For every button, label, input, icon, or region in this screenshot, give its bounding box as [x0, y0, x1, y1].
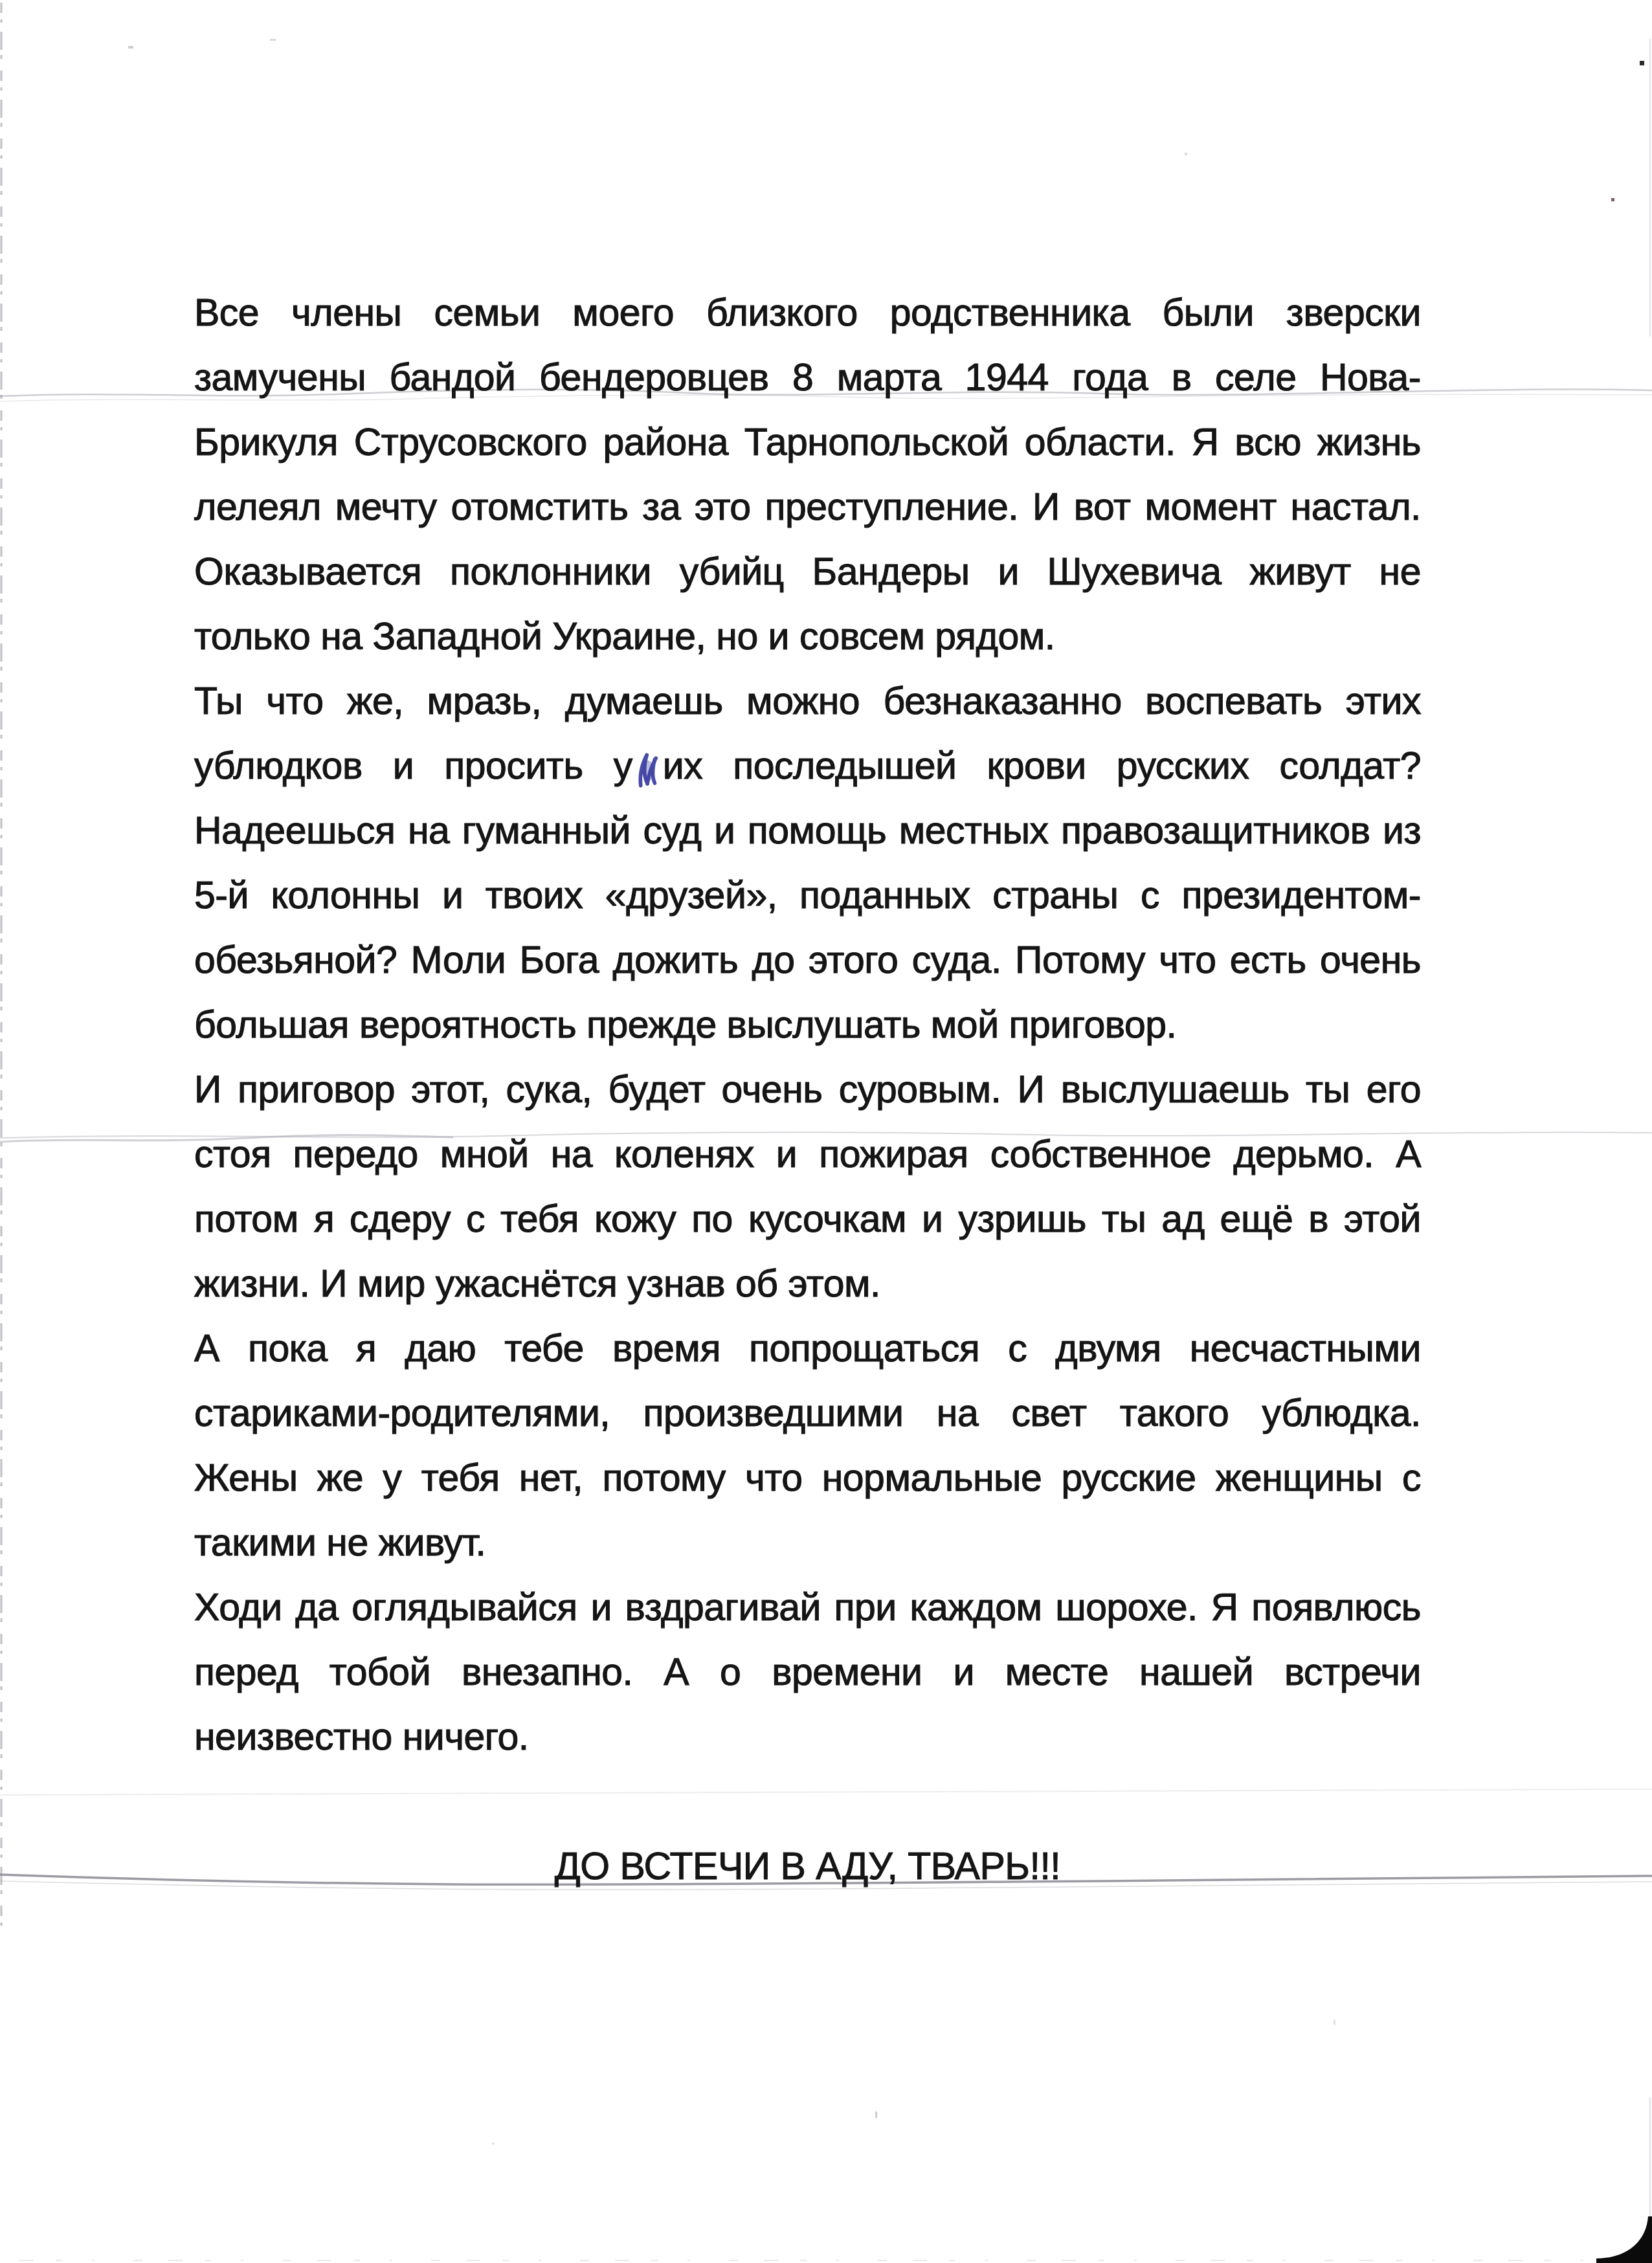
text-line: Оказывается поклонники убийц Бандеры и Ш…: [194, 539, 1421, 604]
text-line: большая вероятность прежде выслушать мой…: [194, 992, 1421, 1057]
text-line: стоя передо мной на коленях и пожирая со…: [194, 1122, 1421, 1187]
text-line: Надеешься на гуманный суд и помощь местн…: [194, 798, 1421, 863]
text-line: Ты что же, мразь, думаешь можно безнаказ…: [194, 669, 1421, 733]
corner-scan-mark: [1596, 2216, 1652, 2263]
blue-ink-annotation: [635, 749, 662, 792]
text-line: А пока я даю тебе время попрощаться с дв…: [194, 1316, 1421, 1381]
text-line: стариками-родителями, произведшими на св…: [194, 1381, 1421, 1445]
letter-body: Все члены семьи моего близкого родственн…: [194, 280, 1421, 1769]
text-line: перед тобой внезапно. А о времени и мест…: [194, 1640, 1421, 1704]
text-line: Жены же у тебя нет, потому что нормальны…: [194, 1445, 1421, 1510]
text-line: только на Западной Украине, но и совсем …: [194, 604, 1421, 669]
text-line: Все члены семьи моего близкого родственн…: [194, 280, 1421, 345]
text-line: такими не живут.: [194, 1510, 1421, 1575]
text-line: потом я сдеру с тебя кожу по кусочкам и …: [194, 1187, 1421, 1251]
text-line: 5-й колонны и твоих «друзей», поданных с…: [194, 863, 1421, 928]
text-line: Ходи да оглядывайся и вздрагивай при каж…: [194, 1575, 1421, 1640]
closing-line: ДО ВСТЕЧИ В АДУ, ТВАРЬ!!!: [194, 1834, 1421, 1899]
text-line: замучены бандой бендеровцев 8 марта 1944…: [194, 345, 1421, 410]
text-line: лелеял мечту отомстить за это преступлен…: [194, 474, 1421, 539]
scanned-letter-page: Все члены семьи моего близкого родственн…: [0, 0, 1652, 2263]
text-line: неизвестно ничего.: [194, 1704, 1421, 1769]
text-line: обезьяной? Моли Бога дожить до этого суд…: [194, 928, 1421, 992]
text-line: Брикуля Струсовского района Тарнопольско…: [194, 410, 1421, 474]
text-line: И приговор этот, сука, будет очень суров…: [194, 1057, 1421, 1122]
text-line: ублюдков и просить у их последышей крови…: [194, 733, 1421, 798]
text-line: жизни. И мир ужаснётся узнав об этом.: [194, 1251, 1421, 1316]
paper-crease-faint: [0, 1789, 1652, 1795]
